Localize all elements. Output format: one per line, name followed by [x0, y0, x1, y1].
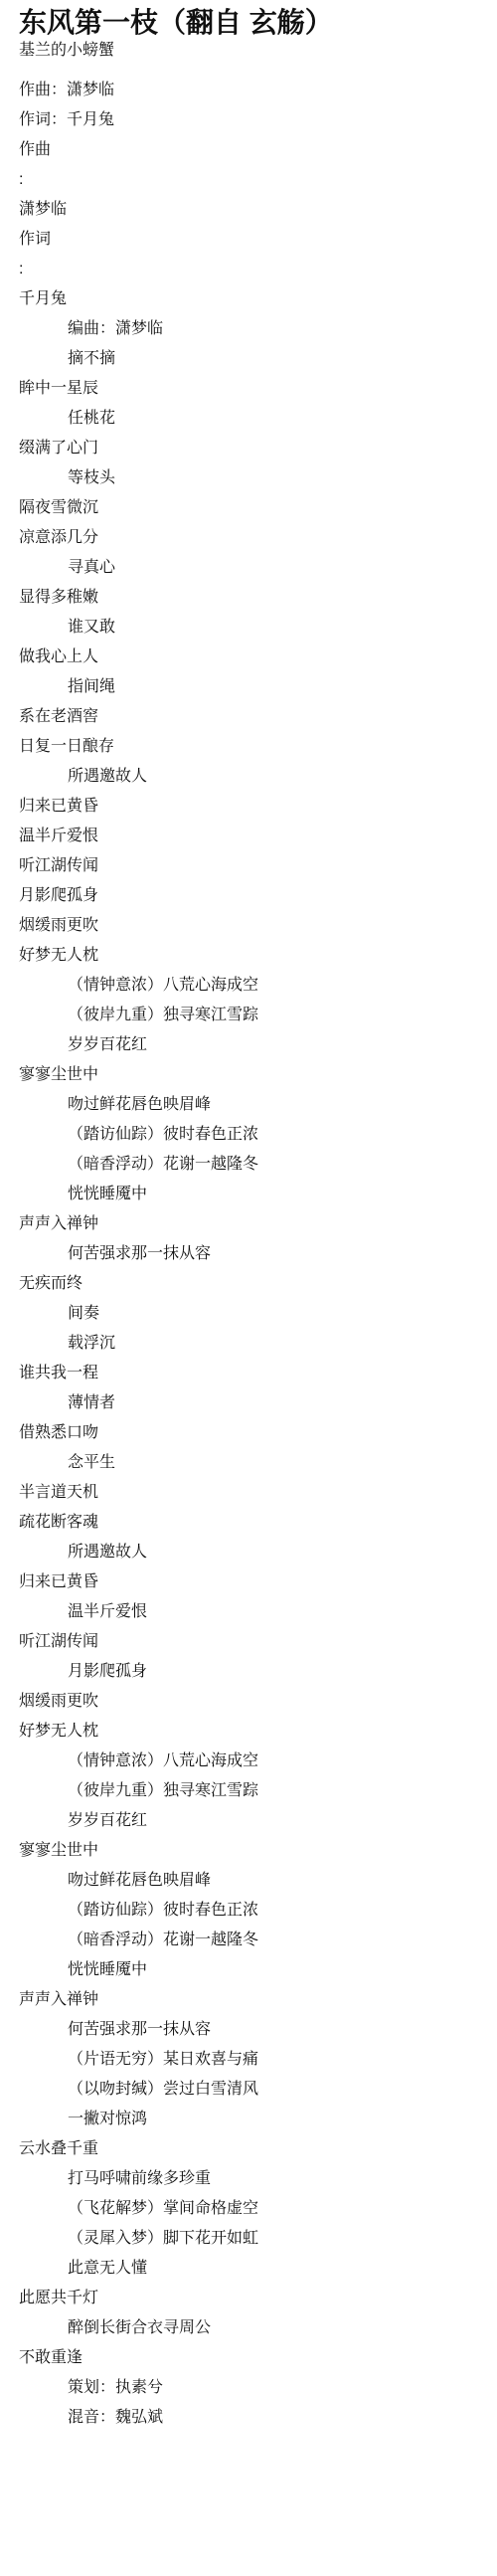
lyric-line: 作曲 — [19, 135, 497, 165]
lyric-line: （以吻封缄）尝过白雪清风 — [19, 2075, 497, 2105]
lyric-line: 潇梦临 — [19, 195, 497, 225]
lyric-line: 千月兔 — [19, 284, 497, 314]
lyric-line: 作词：千月兔 — [19, 105, 497, 135]
lyric-line: （彼岸九重）独寻寒江雪踪 — [19, 1776, 497, 1806]
lyric-line: 系在老酒窖 — [19, 702, 497, 732]
lyric-line: 隔夜雪微沉 — [19, 493, 497, 523]
lyric-line: : — [19, 255, 497, 284]
lyric-line: 岁岁百花红 — [19, 1806, 497, 1836]
lyric-line: 吻过鲜花唇色映眉峰 — [19, 1866, 497, 1896]
lyric-line: 听江湖传闻 — [19, 851, 497, 881]
lyric-line: 此愿共千灯 — [19, 2284, 497, 2313]
lyric-line: （情钟意浓）八荒心海成空 — [19, 971, 497, 1001]
lyric-line: （暗香浮动）花谢一越隆冬 — [19, 1926, 497, 1955]
lyric-line: 恍恍睡魇中 — [19, 1180, 497, 1209]
lyric-line: 何苦强求那一抹从容 — [19, 1239, 497, 1269]
lyric-line: 打马呼啸前缘多珍重 — [19, 2164, 497, 2194]
lyric-line: : — [19, 165, 497, 195]
lyric-line: 眸中一星辰 — [19, 374, 497, 404]
lyric-line: （片语无穷）某日欢喜与痛 — [19, 2045, 497, 2075]
lyric-line: 缀满了心门 — [19, 434, 497, 463]
lyric-line: （飞花解梦）掌间命格虚空 — [19, 2194, 497, 2224]
lyric-line: 寥寥尘世中 — [19, 1836, 497, 1866]
lyric-line: 显得多稚嫩 — [19, 583, 497, 613]
lyric-line: 温半斤爱恨 — [19, 1597, 497, 1627]
lyric-line: 作词 — [19, 225, 497, 255]
lyric-line: 日复一日酿存 — [19, 732, 497, 762]
lyric-line: 无疾而终 — [19, 1269, 497, 1299]
lyrics-document: 东风第一枝（翻自 玄觞） 基兰的小螃蟹 作曲：潇梦临作词：千月兔作曲:潇梦临作词… — [0, 0, 497, 2576]
lyric-line: 一撇对惊鸿 — [19, 2105, 497, 2134]
lyric-line: 凉意添几分 — [19, 523, 497, 553]
lyric-line: 吻过鲜花唇色映眉峰 — [19, 1090, 497, 1120]
lyrics-body: 作曲：潇梦临作词：千月兔作曲:潇梦临作词:千月兔编曲：潇梦临摘不摘眸中一星辰任桃… — [19, 76, 497, 2433]
lyric-line: 间奏 — [19, 1299, 497, 1329]
lyric-line: 听江湖传闻 — [19, 1627, 497, 1657]
lyric-line: 混音：魏弘斌 — [19, 2403, 497, 2433]
lyric-line: （情钟意浓）八荒心海成空 — [19, 1747, 497, 1776]
lyric-line: （踏访仙踪）彼时春色正浓 — [19, 1896, 497, 1926]
lyric-line: 醉倒长街合衣寻周公 — [19, 2313, 497, 2343]
lyric-line: 归来已黄昏 — [19, 792, 497, 822]
lyric-line: 烟缓雨更吹 — [19, 1687, 497, 1717]
lyric-line: 云水叠千重 — [19, 2134, 497, 2164]
lyric-line: 声声入禅钟 — [19, 1209, 497, 1239]
lyric-line: 何苦强求那一抹从容 — [19, 2015, 497, 2045]
uploader-name: 基兰的小螃蟹 — [19, 39, 497, 63]
lyric-line: 温半斤爱恨 — [19, 822, 497, 851]
lyric-line: 寻真心 — [19, 553, 497, 583]
lyric-line: 念平生 — [19, 1448, 497, 1478]
lyric-line: 寥寥尘世中 — [19, 1060, 497, 1090]
lyric-line: （灵犀入梦）脚下花开如虹 — [19, 2224, 497, 2254]
lyric-line: 等枝头 — [19, 463, 497, 493]
lyric-line: 月影爬孤身 — [19, 1657, 497, 1687]
lyric-line: 载浮沉 — [19, 1329, 497, 1359]
lyric-line: 借熟悉口吻 — [19, 1418, 497, 1448]
lyric-line: 任桃花 — [19, 404, 497, 434]
lyric-line: 所遇邀故人 — [19, 1538, 497, 1567]
lyric-line: 烟缓雨更吹 — [19, 911, 497, 941]
lyric-line: 好梦无人枕 — [19, 1717, 497, 1747]
lyric-line: 谁又敢 — [19, 613, 497, 643]
lyric-line: 好梦无人枕 — [19, 941, 497, 971]
lyric-line: 月影爬孤身 — [19, 881, 497, 911]
lyric-line: 疏花断客魂 — [19, 1508, 497, 1538]
lyric-line: 薄情者 — [19, 1388, 497, 1418]
lyric-line: 岁岁百花红 — [19, 1030, 497, 1060]
lyric-line: 不敢重逢 — [19, 2343, 497, 2373]
lyric-line: 半言道天机 — [19, 1478, 497, 1508]
lyric-line: 策划：执素兮 — [19, 2373, 497, 2403]
lyric-line: 归来已黄昏 — [19, 1567, 497, 1597]
lyric-line: 声声入禅钟 — [19, 1985, 497, 2015]
lyric-line: 摘不摘 — [19, 344, 497, 374]
lyric-line: 作曲：潇梦临 — [19, 76, 497, 105]
lyric-line: 此意无人懂 — [19, 2254, 497, 2284]
lyric-line: 所遇邀故人 — [19, 762, 497, 792]
lyric-line: （暗香浮动）花谢一越隆冬 — [19, 1150, 497, 1180]
lyric-line: （彼岸九重）独寻寒江雪踪 — [19, 1001, 497, 1030]
lyric-line: 指间绳 — [19, 672, 497, 702]
lyric-line: 恍恍睡魇中 — [19, 1955, 497, 1985]
lyric-line: 做我心上人 — [19, 643, 497, 672]
lyric-line: （踏访仙踪）彼时春色正浓 — [19, 1120, 497, 1150]
lyric-line: 谁共我一程 — [19, 1359, 497, 1388]
lyric-line: 编曲：潇梦临 — [19, 314, 497, 344]
page-title: 东风第一枝（翻自 玄觞） — [19, 7, 497, 39]
